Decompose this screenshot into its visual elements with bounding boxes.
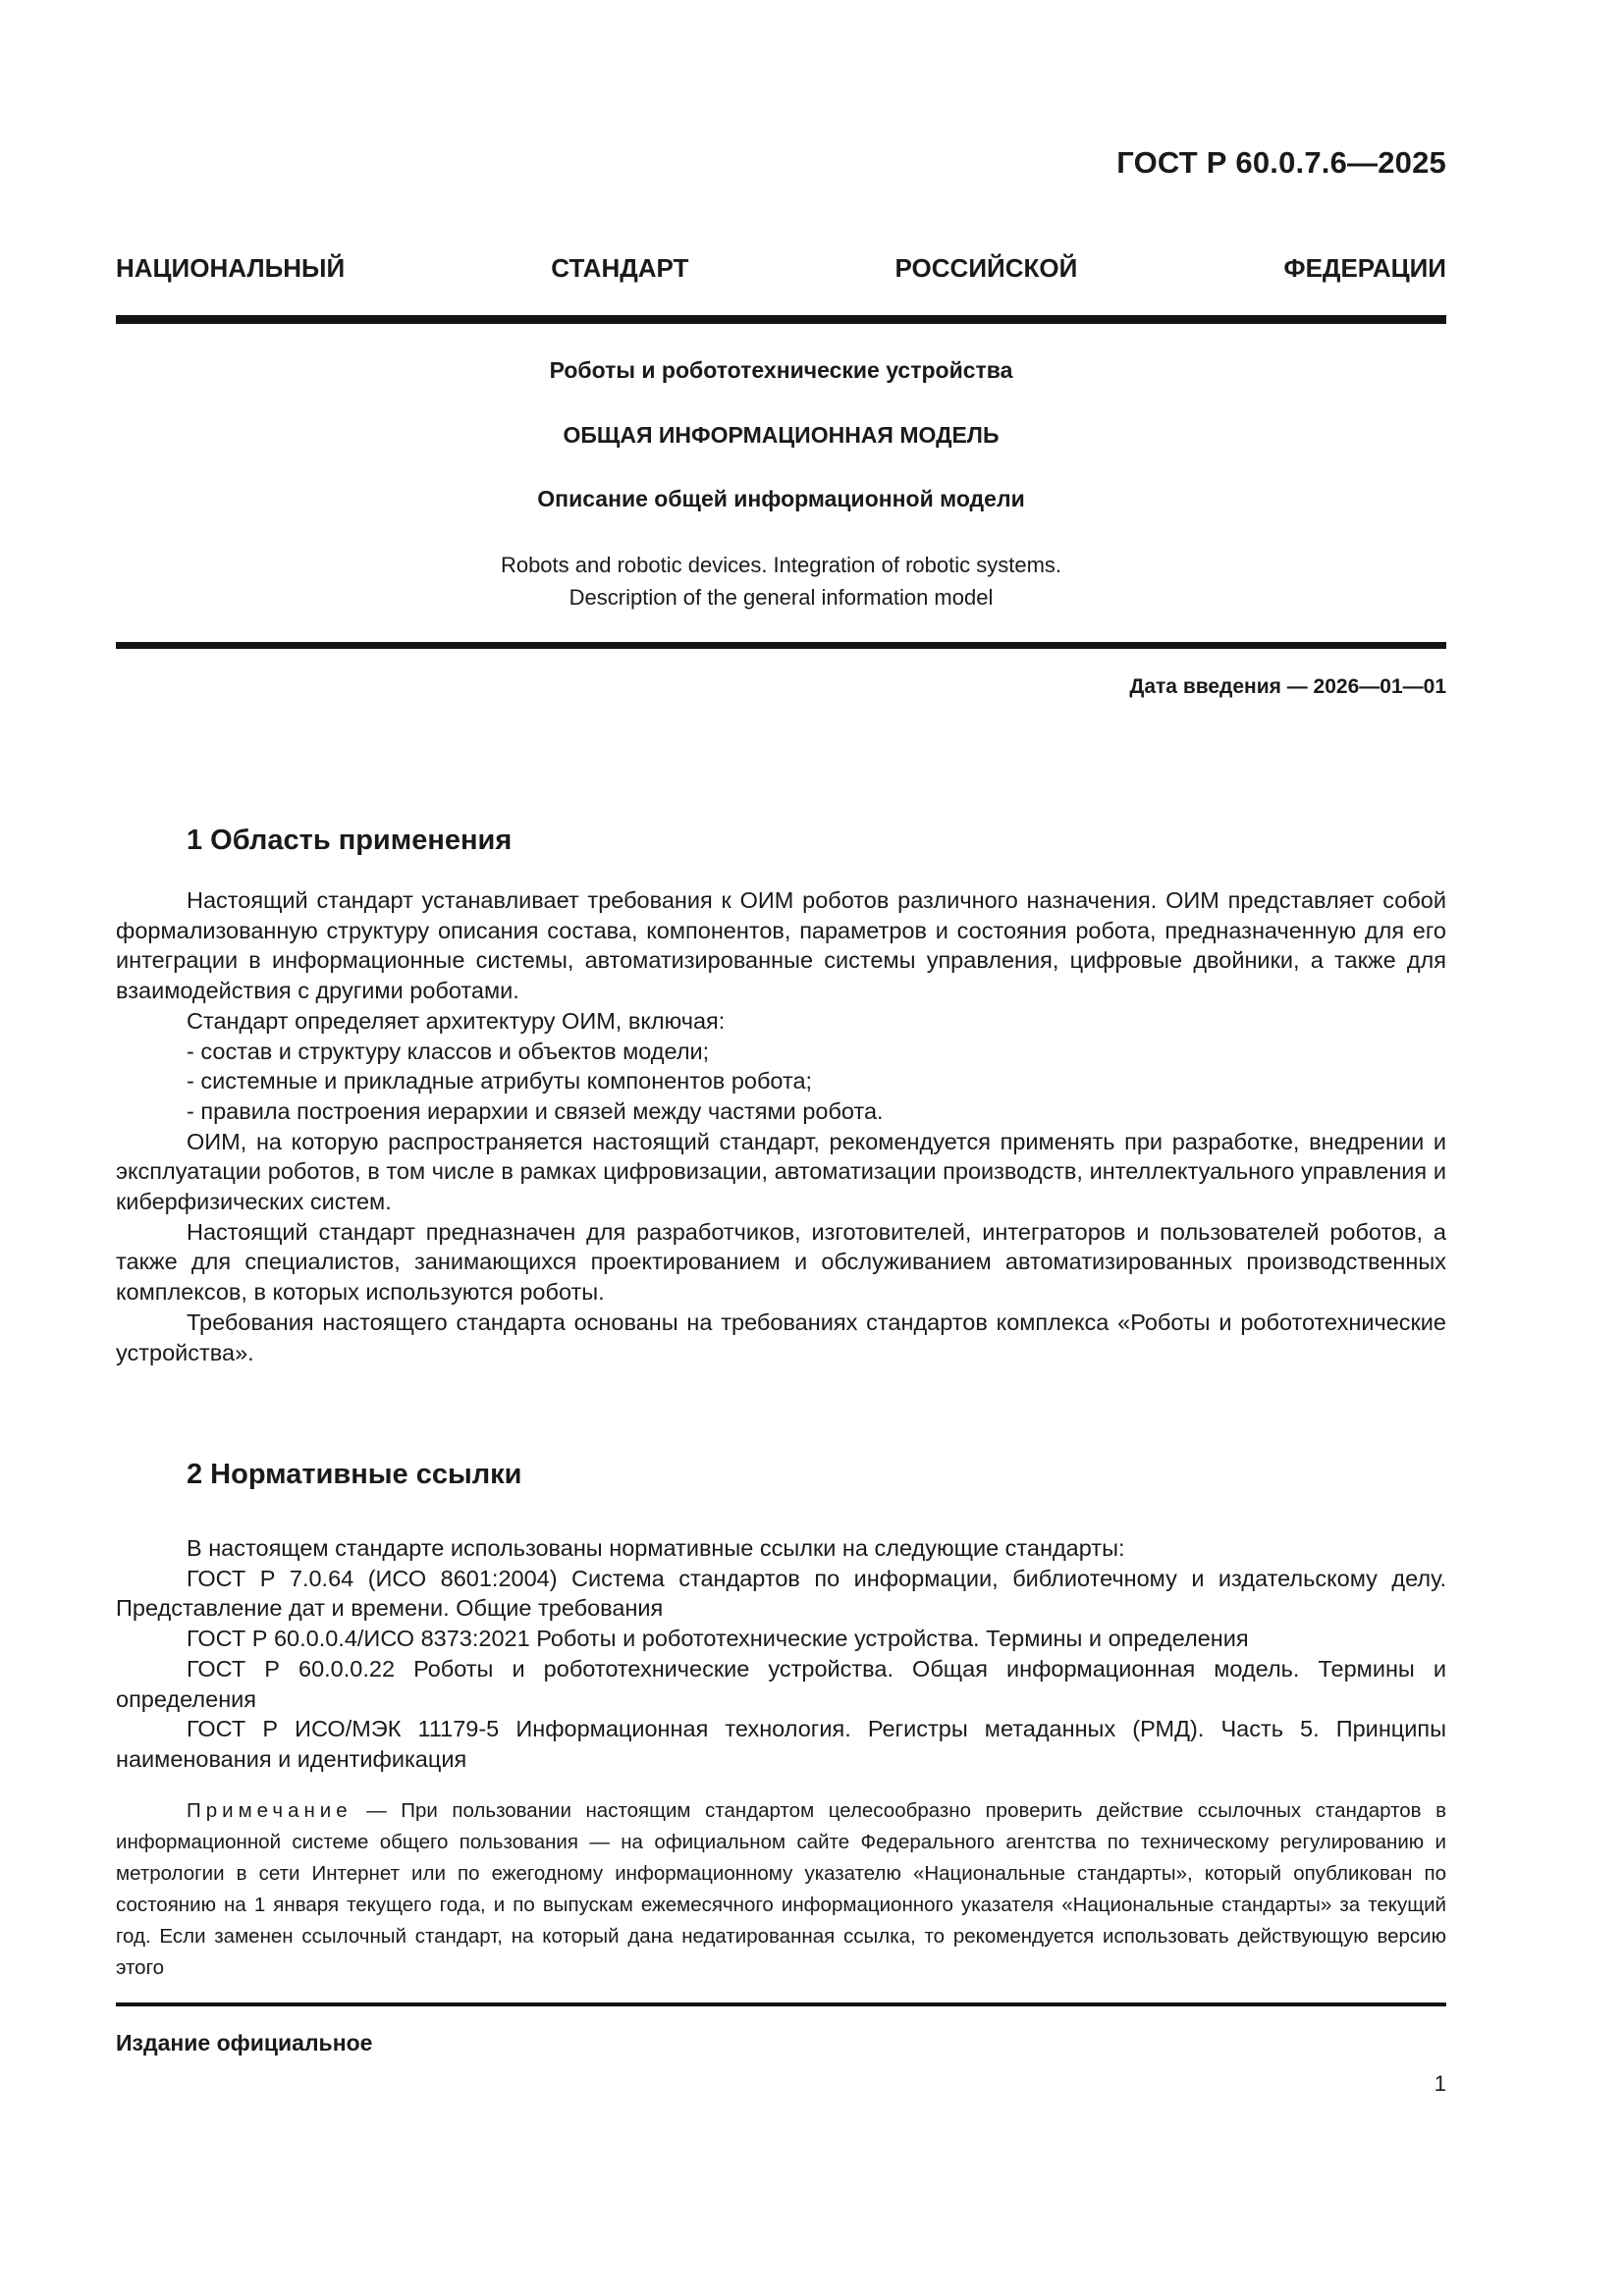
document-number: ГОСТ Р 60.0.7.6—2025 <box>1116 145 1446 181</box>
section-heading-scope: 1 Область применения <box>187 825 512 857</box>
english-title-line-1: Robots and robotic devices. Integration … <box>116 549 1446 581</box>
note-block: Примечание — При пользовании настоящим с… <box>116 1795 1446 1984</box>
english-title: Robots and robotic devices. Integration … <box>116 549 1446 614</box>
paragraph: Стандарт определяет архитектуру ОИМ, вкл… <box>116 1006 1446 1037</box>
reference-item: ГОСТ Р ИСО/МЭК 11179-5 Информационная те… <box>116 1714 1446 1774</box>
list-item: - состав и структуру классов и объектов … <box>116 1037 1446 1067</box>
note-label: Примечание <box>187 1799 352 1822</box>
paragraph: Настоящий стандарт устанавливает требова… <box>116 885 1446 1006</box>
title-line-3: Описание общей информационной модели <box>116 486 1446 512</box>
paragraph: Требования настоящего стандарта основаны… <box>116 1308 1446 1367</box>
reference-item: ГОСТ Р 60.0.0.4/ИСО 8373:2021 Роботы и р… <box>116 1624 1446 1654</box>
middle-rule-divider <box>116 642 1446 649</box>
official-edition-label: Издание официальное <box>116 2030 372 2056</box>
reference-item: ГОСТ Р 60.0.0.22 Роботы и робототехничес… <box>116 1654 1446 1714</box>
reference-item: ГОСТ Р 7.0.64 (ИСО 8601:2004) Система ст… <box>116 1564 1446 1624</box>
page-number: 1 <box>1435 2071 1446 2097</box>
list-item: - правила построения иерархии и связей м… <box>116 1096 1446 1127</box>
introduction-date: Дата введения — 2026—01—01 <box>1129 675 1446 699</box>
section-heading-normative-references: 2 Нормативные ссылки <box>187 1459 522 1491</box>
paragraph: Настоящий стандарт предназначен для разр… <box>116 1217 1446 1308</box>
section-body-normative-references: В настоящем стандарте использованы норма… <box>116 1533 1446 1775</box>
section-body-scope: Настоящий стандарт устанавливает требова… <box>116 885 1446 1367</box>
list-item: - системные и прикладные атрибуты компон… <box>116 1066 1446 1096</box>
bottom-rule-divider <box>116 2002 1446 2006</box>
national-standard-title: НАЦИОНАЛЬНЫЙ СТАНДАРТ РОССИЙСКОЙ ФЕДЕРАЦ… <box>116 253 1446 284</box>
title-line-1: Роботы и робототехнические устройства <box>116 357 1446 384</box>
paragraph: В настоящем стандарте использованы норма… <box>116 1533 1446 1564</box>
title-line-2: ОБЩАЯ ИНФОРМАЦИОННАЯ МОДЕЛЬ <box>116 422 1446 449</box>
english-title-line-2: Description of the general information m… <box>116 581 1446 614</box>
top-rule-divider <box>116 315 1446 324</box>
note-text: — При пользовании настоящим стандартом ц… <box>116 1799 1446 1979</box>
paragraph: ОИМ, на которую распространяется настоящ… <box>116 1127 1446 1217</box>
